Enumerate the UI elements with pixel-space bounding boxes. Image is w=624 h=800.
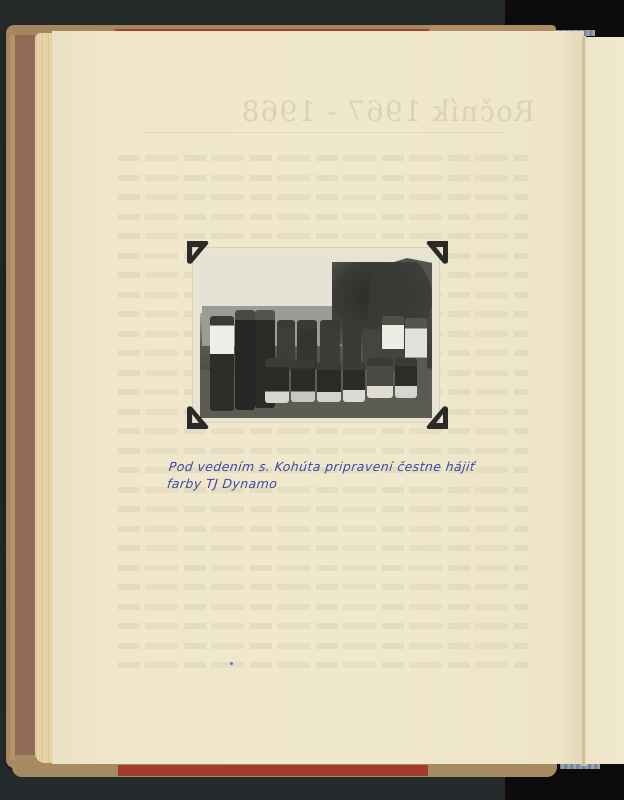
ink-speck — [230, 662, 233, 665]
spine-band — [15, 35, 35, 755]
photo-corner-top-right — [425, 239, 451, 265]
page-fold — [582, 36, 586, 766]
handwritten-caption: Pod vedením s. Kohúta pripravení čestne … — [166, 458, 500, 492]
bleed-through-rule — [145, 132, 505, 133]
photo-corner-top-left — [184, 239, 210, 265]
bleed-through-title: Ročník 1967 - 1968 — [235, 95, 535, 128]
adjacent-page — [586, 37, 624, 764]
team-photo-image — [200, 258, 432, 418]
cover-red-band-bottom — [118, 765, 428, 776]
photo-corner-bottom-right — [425, 405, 451, 431]
caption-line-2: farby TJ Dynamo — [166, 475, 498, 492]
team-photo — [193, 248, 439, 422]
players-group — [205, 308, 430, 418]
photo-corner-bottom-left — [184, 405, 210, 431]
caption-line-1: Pod vedením s. Kohúta pripravení čestne … — [168, 458, 500, 475]
